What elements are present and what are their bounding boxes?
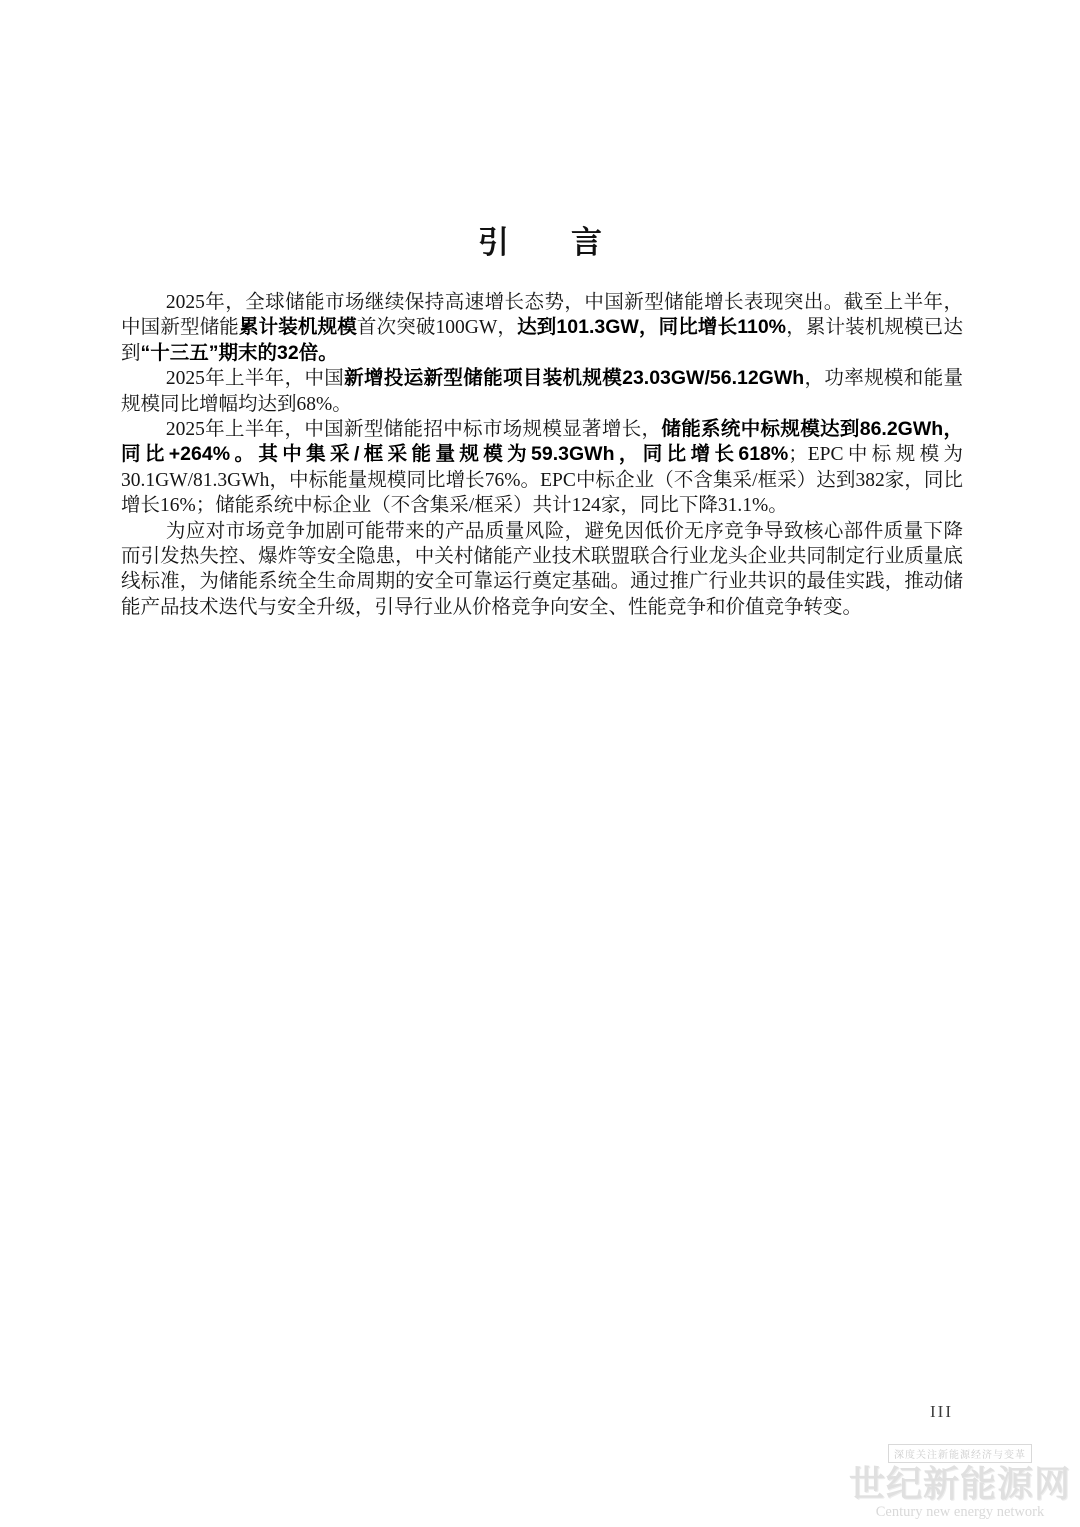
- watermark-site-name: 世纪新能源网: [843, 1465, 1077, 1503]
- paragraph-3: 2025年上半年，中国新型储能招中标市场规模显著增长，储能系统中标规模达到86.…: [121, 417, 963, 519]
- text-run-bold: 达到101.3GW，同比增长110%: [517, 316, 786, 338]
- page-title: 引 言: [0, 217, 1080, 262]
- text-run-bold: 累计装机规模: [239, 316, 357, 338]
- watermark: 深度关注新能源经济与变革 世纪新能源网 Century new energy n…: [843, 1444, 1077, 1521]
- watermark-site-name-en: Century new energy network: [843, 1504, 1077, 1521]
- text-run: 2025年上半年，中国新型储能招中标市场规模显著增长，: [166, 419, 662, 440]
- text-run-bold: 新增投运新型储能项目装机规模23.03GW/56.12GWh: [344, 367, 804, 389]
- text-run-bold: “十三五”期末的32倍。: [141, 342, 338, 364]
- paragraph-2: 2025年上半年，中国新增投运新型储能项目装机规模23.03GW/56.12GW…: [121, 366, 963, 417]
- document-page: 引 言 2025年，全球储能市场继续保持高速增长态势，中国新型储能增长表现突出。…: [0, 0, 1080, 1527]
- paragraph-4: 为应对市场竞争加剧可能带来的产品质量风险，避免因低价无序竞争导致核心部件质量下降…: [121, 519, 963, 621]
- paragraph-1: 2025年，全球储能市场继续保持高速增长态势，中国新型储能增长表现突出。截至上半…: [121, 290, 963, 366]
- document-body: 2025年，全球储能市场继续保持高速增长态势，中国新型储能增长表现突出。截至上半…: [121, 290, 963, 620]
- page-number: III: [930, 1402, 953, 1422]
- text-run: 为应对市场竞争加剧可能带来的产品质量风险，避免因低价无序竞争导致核心部件质量下降…: [121, 521, 963, 618]
- text-run: 首次突破100GW，: [357, 317, 517, 338]
- text-run: 2025年上半年，中国: [166, 368, 344, 389]
- watermark-slogan: 深度关注新能源经济与变革: [888, 1444, 1032, 1463]
